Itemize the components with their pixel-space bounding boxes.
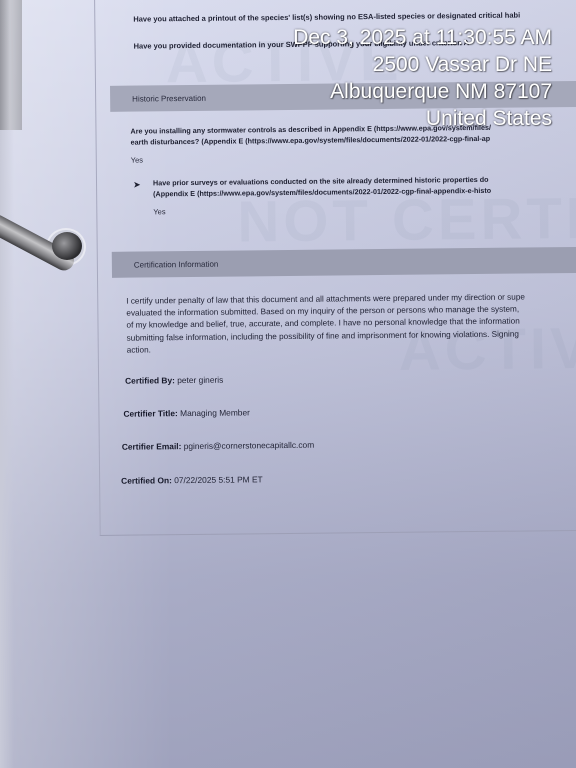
photo-timestamp-overlay: Dec 3, 2025 at 11:30:55 AM 2500 Vassar D…: [293, 24, 552, 132]
arrow-right-icon: ➤: [133, 180, 141, 191]
certifier-title-field: Certifier Title: Managing Member: [123, 407, 250, 418]
certified-by-value: peter gineris: [177, 375, 223, 385]
field-label: Certifier Email:: [122, 441, 182, 452]
prior-surveys-answer: Yes: [153, 207, 165, 216]
field-label: Certified By:: [125, 375, 175, 386]
question-line: earth disturbances? (Appendix E (https:/…: [131, 133, 492, 148]
certifier-title-value: Managing Member: [180, 407, 250, 418]
binder-rail: [0, 0, 22, 130]
field-label: Certified On:: [121, 475, 172, 486]
city-line: Albuquerque NM 87107: [293, 78, 552, 105]
certifier-email-field: Certifier Email: pgineris@cornerstonecap…: [122, 440, 314, 452]
section-title: Certification Information: [134, 259, 219, 269]
certification-statement: I certify under penalty of law that this…: [126, 291, 576, 357]
species-list-question: Have you attached a printout of the spec…: [133, 11, 520, 24]
field-label: Certifier Title:: [123, 408, 177, 419]
certified-by-field: Certified By: peter gineris: [125, 375, 223, 386]
binder-ring-end: [52, 232, 82, 260]
address-line: 2500 Vassar Dr NE: [293, 51, 552, 78]
prior-surveys-question: Have prior surveys or evaluations conduc…: [153, 174, 491, 200]
section-title: Historic Preservation: [132, 93, 206, 103]
certified-on-value: 07/22/2025 5:51 PM ET: [174, 474, 263, 485]
timestamp-text: Dec 3, 2025 at 11:30:55 AM: [293, 24, 552, 51]
certifier-email-value: pgineris@cornerstonecapitallc.com: [184, 440, 315, 451]
certification-information-header: Certification Information: [112, 246, 576, 277]
certified-on-field: Certified On: 07/22/2025 5:51 PM ET: [121, 474, 263, 485]
country-line: United States: [293, 105, 552, 132]
stormwater-controls-answer: Yes: [131, 155, 143, 164]
